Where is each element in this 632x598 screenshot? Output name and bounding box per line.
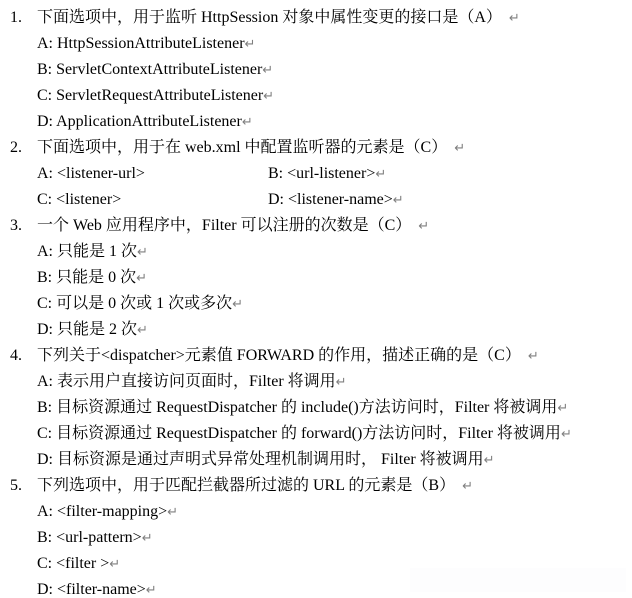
question-text-line: 下列选项中，用于匹配拦截器所过滤的 URL 的元素是（B）↵ xyxy=(37,473,632,499)
option-line: A: 只能是 1 次↵ xyxy=(37,239,632,265)
line-break-mark-icon: ↵ xyxy=(454,141,465,156)
line-break-mark-icon: ↵ xyxy=(146,583,157,598)
option-line: B: <url-listener>↵ xyxy=(268,161,632,187)
option-line: B: ServletContextAttributeListener↵ xyxy=(37,57,632,83)
line-break-mark-icon: ↵ xyxy=(167,505,178,520)
option: D: <listener-name> xyxy=(268,191,393,208)
line-break-mark-icon: ↵ xyxy=(375,167,386,182)
option: D: ApplicationAttributeListener xyxy=(37,113,242,130)
option-line: D: 目标资源是通过声明式异常处理机制调用时， Filter 将被调用↵ xyxy=(37,447,632,473)
option-line: D: <listener-name>↵ xyxy=(268,187,632,213)
question-number: 4. xyxy=(0,343,37,369)
line-break-mark-icon: ↵ xyxy=(393,193,404,208)
line-break-mark-icon: ↵ xyxy=(262,63,273,78)
option-line: B: 目标资源通过 RequestDispatcher 的 include()方… xyxy=(37,395,632,421)
line-break-mark-icon: ↵ xyxy=(263,89,274,104)
option: B: <url-listener> xyxy=(268,165,375,182)
option: A: <filter-mapping> xyxy=(37,503,167,520)
option: D: 只能是 2 次 xyxy=(37,321,137,338)
option: B: 目标资源通过 RequestDispatcher 的 include()方… xyxy=(37,399,557,416)
line-break-mark-icon: ↵ xyxy=(242,115,253,130)
line-break-mark-icon: ↵ xyxy=(418,219,429,234)
question-number: 2. xyxy=(0,135,37,161)
option: A: 只能是 1 次 xyxy=(37,243,137,260)
question-text: 下列选项中，用于匹配拦截器所过滤的 URL 的元素是（B） xyxy=(37,477,455,494)
question-text: 下面选项中，用于监听 HttpSession 对象中属性变更的接口是（A） xyxy=(37,9,502,26)
line-break-mark-icon: ↵ xyxy=(336,375,347,390)
question-2: 2. 下面选项中，用于在 web.xml 中配置监听器的元素是（C）↵ A: <… xyxy=(0,135,632,213)
option-line: D: ApplicationAttributeListener↵ xyxy=(37,109,632,135)
option: A: 表示用户直接访问页面时，Filter 将调用 xyxy=(37,373,336,390)
faint-highlight xyxy=(410,568,626,592)
question-4: 4. 下列关于<dispatcher>元素值 FORWARD 的作用，描述正确的… xyxy=(0,343,632,473)
line-break-mark-icon: ↵ xyxy=(232,297,243,312)
option-line: C: ServletRequestAttributeListener↵ xyxy=(37,83,632,109)
option-line: A: <listener-url> xyxy=(37,161,268,187)
option: B: 只能是 0 次 xyxy=(37,269,136,286)
option-line: A: 表示用户直接访问页面时，Filter 将调用↵ xyxy=(37,369,632,395)
question-3: 3. 一个 Web 应用程序中，Filter 可以注册的次数是（C）↵ A: 只… xyxy=(0,213,632,343)
option: B: <url-pattern> xyxy=(37,529,142,546)
line-break-mark-icon: ↵ xyxy=(245,37,256,52)
option: C: ServletRequestAttributeListener xyxy=(37,87,263,104)
option: C: 可以是 0 次或 1 次或多次 xyxy=(37,295,232,312)
option-line: B: <url-pattern>↵ xyxy=(37,525,632,551)
option: D: <filter-name> xyxy=(37,581,146,598)
question-text-line: 下面选项中，用于监听 HttpSession 对象中属性变更的接口是（A）↵ xyxy=(37,5,632,31)
option: A: <listener-url> xyxy=(37,165,145,182)
line-break-mark-icon: ↵ xyxy=(561,427,572,442)
line-break-mark-icon: ↵ xyxy=(557,401,568,416)
option-line: B: 只能是 0 次↵ xyxy=(37,265,632,291)
question-number: 1. xyxy=(0,5,37,31)
line-break-mark-icon: ↵ xyxy=(137,323,148,338)
option: C: 目标资源通过 RequestDispatcher 的 forward()方… xyxy=(37,425,561,442)
option: D: 目标资源是通过声明式异常处理机制调用时， Filter 将被调用 xyxy=(37,451,484,468)
question-text-line: 下面选项中，用于在 web.xml 中配置监听器的元素是（C）↵ xyxy=(37,135,632,161)
line-break-mark-icon: ↵ xyxy=(462,479,473,494)
question-text: 下面选项中，用于在 web.xml 中配置监听器的元素是（C） xyxy=(37,139,447,156)
question-number: 5. xyxy=(0,473,37,499)
option-line: C: <listener> xyxy=(37,187,268,213)
question-1: 1. 下面选项中，用于监听 HttpSession 对象中属性变更的接口是（A）… xyxy=(0,5,632,135)
option: A: HttpSessionAttributeListener xyxy=(37,35,245,52)
line-break-mark-icon: ↵ xyxy=(509,11,520,26)
question-text-line: 下列关于<dispatcher>元素值 FORWARD 的作用，描述正确的是（C… xyxy=(37,343,632,369)
line-break-mark-icon: ↵ xyxy=(142,531,153,546)
document-page: 1. 下面选项中，用于监听 HttpSession 对象中属性变更的接口是（A）… xyxy=(0,0,632,598)
line-break-mark-icon: ↵ xyxy=(109,557,120,572)
option-grid: A: <listener-url> B: <url-listener>↵ C: … xyxy=(37,161,632,213)
option: C: <filter > xyxy=(37,555,109,572)
question-text: 下列关于<dispatcher>元素值 FORWARD 的作用，描述正确的是（C… xyxy=(37,347,521,364)
line-break-mark-icon: ↵ xyxy=(136,271,147,286)
option-line: C: 可以是 0 次或 1 次或多次↵ xyxy=(37,291,632,317)
option-line: A: <filter-mapping>↵ xyxy=(37,499,632,525)
line-break-mark-icon: ↵ xyxy=(137,245,148,260)
question-text-line: 一个 Web 应用程序中，Filter 可以注册的次数是（C）↵ xyxy=(37,213,632,239)
option-line: A: HttpSessionAttributeListener↵ xyxy=(37,31,632,57)
option-line: C: 目标资源通过 RequestDispatcher 的 forward()方… xyxy=(37,421,632,447)
question-text: 一个 Web 应用程序中，Filter 可以注册的次数是（C） xyxy=(37,217,411,234)
option-line: D: 只能是 2 次↵ xyxy=(37,317,632,343)
option: C: <listener> xyxy=(37,191,121,208)
line-break-mark-icon: ↵ xyxy=(484,453,495,468)
question-number: 3. xyxy=(0,213,37,239)
option: B: ServletContextAttributeListener xyxy=(37,61,262,78)
line-break-mark-icon: ↵ xyxy=(528,349,539,364)
